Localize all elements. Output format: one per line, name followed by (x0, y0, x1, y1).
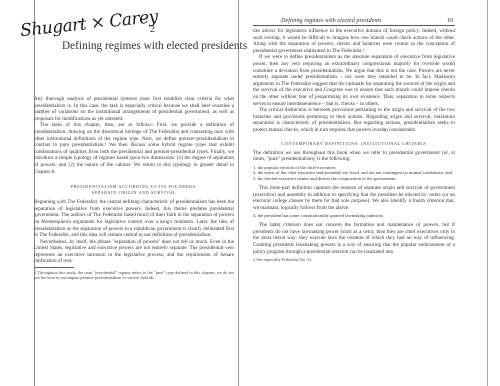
chapter-title: Defining regimes with elected presidents (62, 40, 247, 52)
footnote-divider (34, 267, 74, 268)
paragraph-after-criteria: This three-part definition captures the … (253, 185, 455, 211)
footnote-1: 1 Throughout this study, the term "presi… (34, 270, 234, 280)
section-paragraph-2: Nevertheless, by itself, the phrase "sep… (34, 239, 234, 265)
criteria-list: 1. the popular election of the chief exe… (253, 165, 455, 182)
running-head-title: Defining regimes with elected presidents (281, 17, 382, 24)
paragraph-1: ties allows for legislative influence in… (253, 28, 455, 54)
footnote-2: 2 See especially Federalist No. 51. (253, 257, 455, 262)
chapter-number: 2 (150, 24, 155, 35)
intro-paragraph-2: The tasks of this chapter, then, are as … (34, 122, 234, 175)
paragraph-3: The critical distinction is between prov… (253, 107, 455, 133)
section-heading-contemporary: Contemporary definitions: institutional … (253, 141, 455, 147)
paragraph-last: The latter criterion does not concern th… (253, 222, 455, 255)
running-head: Defining regimes with elected presidents… (253, 16, 455, 26)
book-gutter (238, 0, 239, 386)
intro-paragraph-1: Any thorough analysis of presidential sy… (34, 96, 234, 122)
left-page-body: Any thorough analysis of presidential sy… (34, 96, 234, 280)
definition-intro: The definition we use throughout this bo… (253, 150, 455, 163)
section-paragraph-1: Beginning with The Federalist, the centr… (34, 199, 234, 239)
handwritten-annotation: Shugart × Carey (19, 7, 158, 41)
page-number: 19 (447, 17, 453, 24)
page-edge-right (487, 0, 488, 386)
paragraph-2: If we were to define presidentialism as … (253, 54, 455, 107)
right-page-body: ties allows for legislative influence in… (253, 28, 455, 262)
